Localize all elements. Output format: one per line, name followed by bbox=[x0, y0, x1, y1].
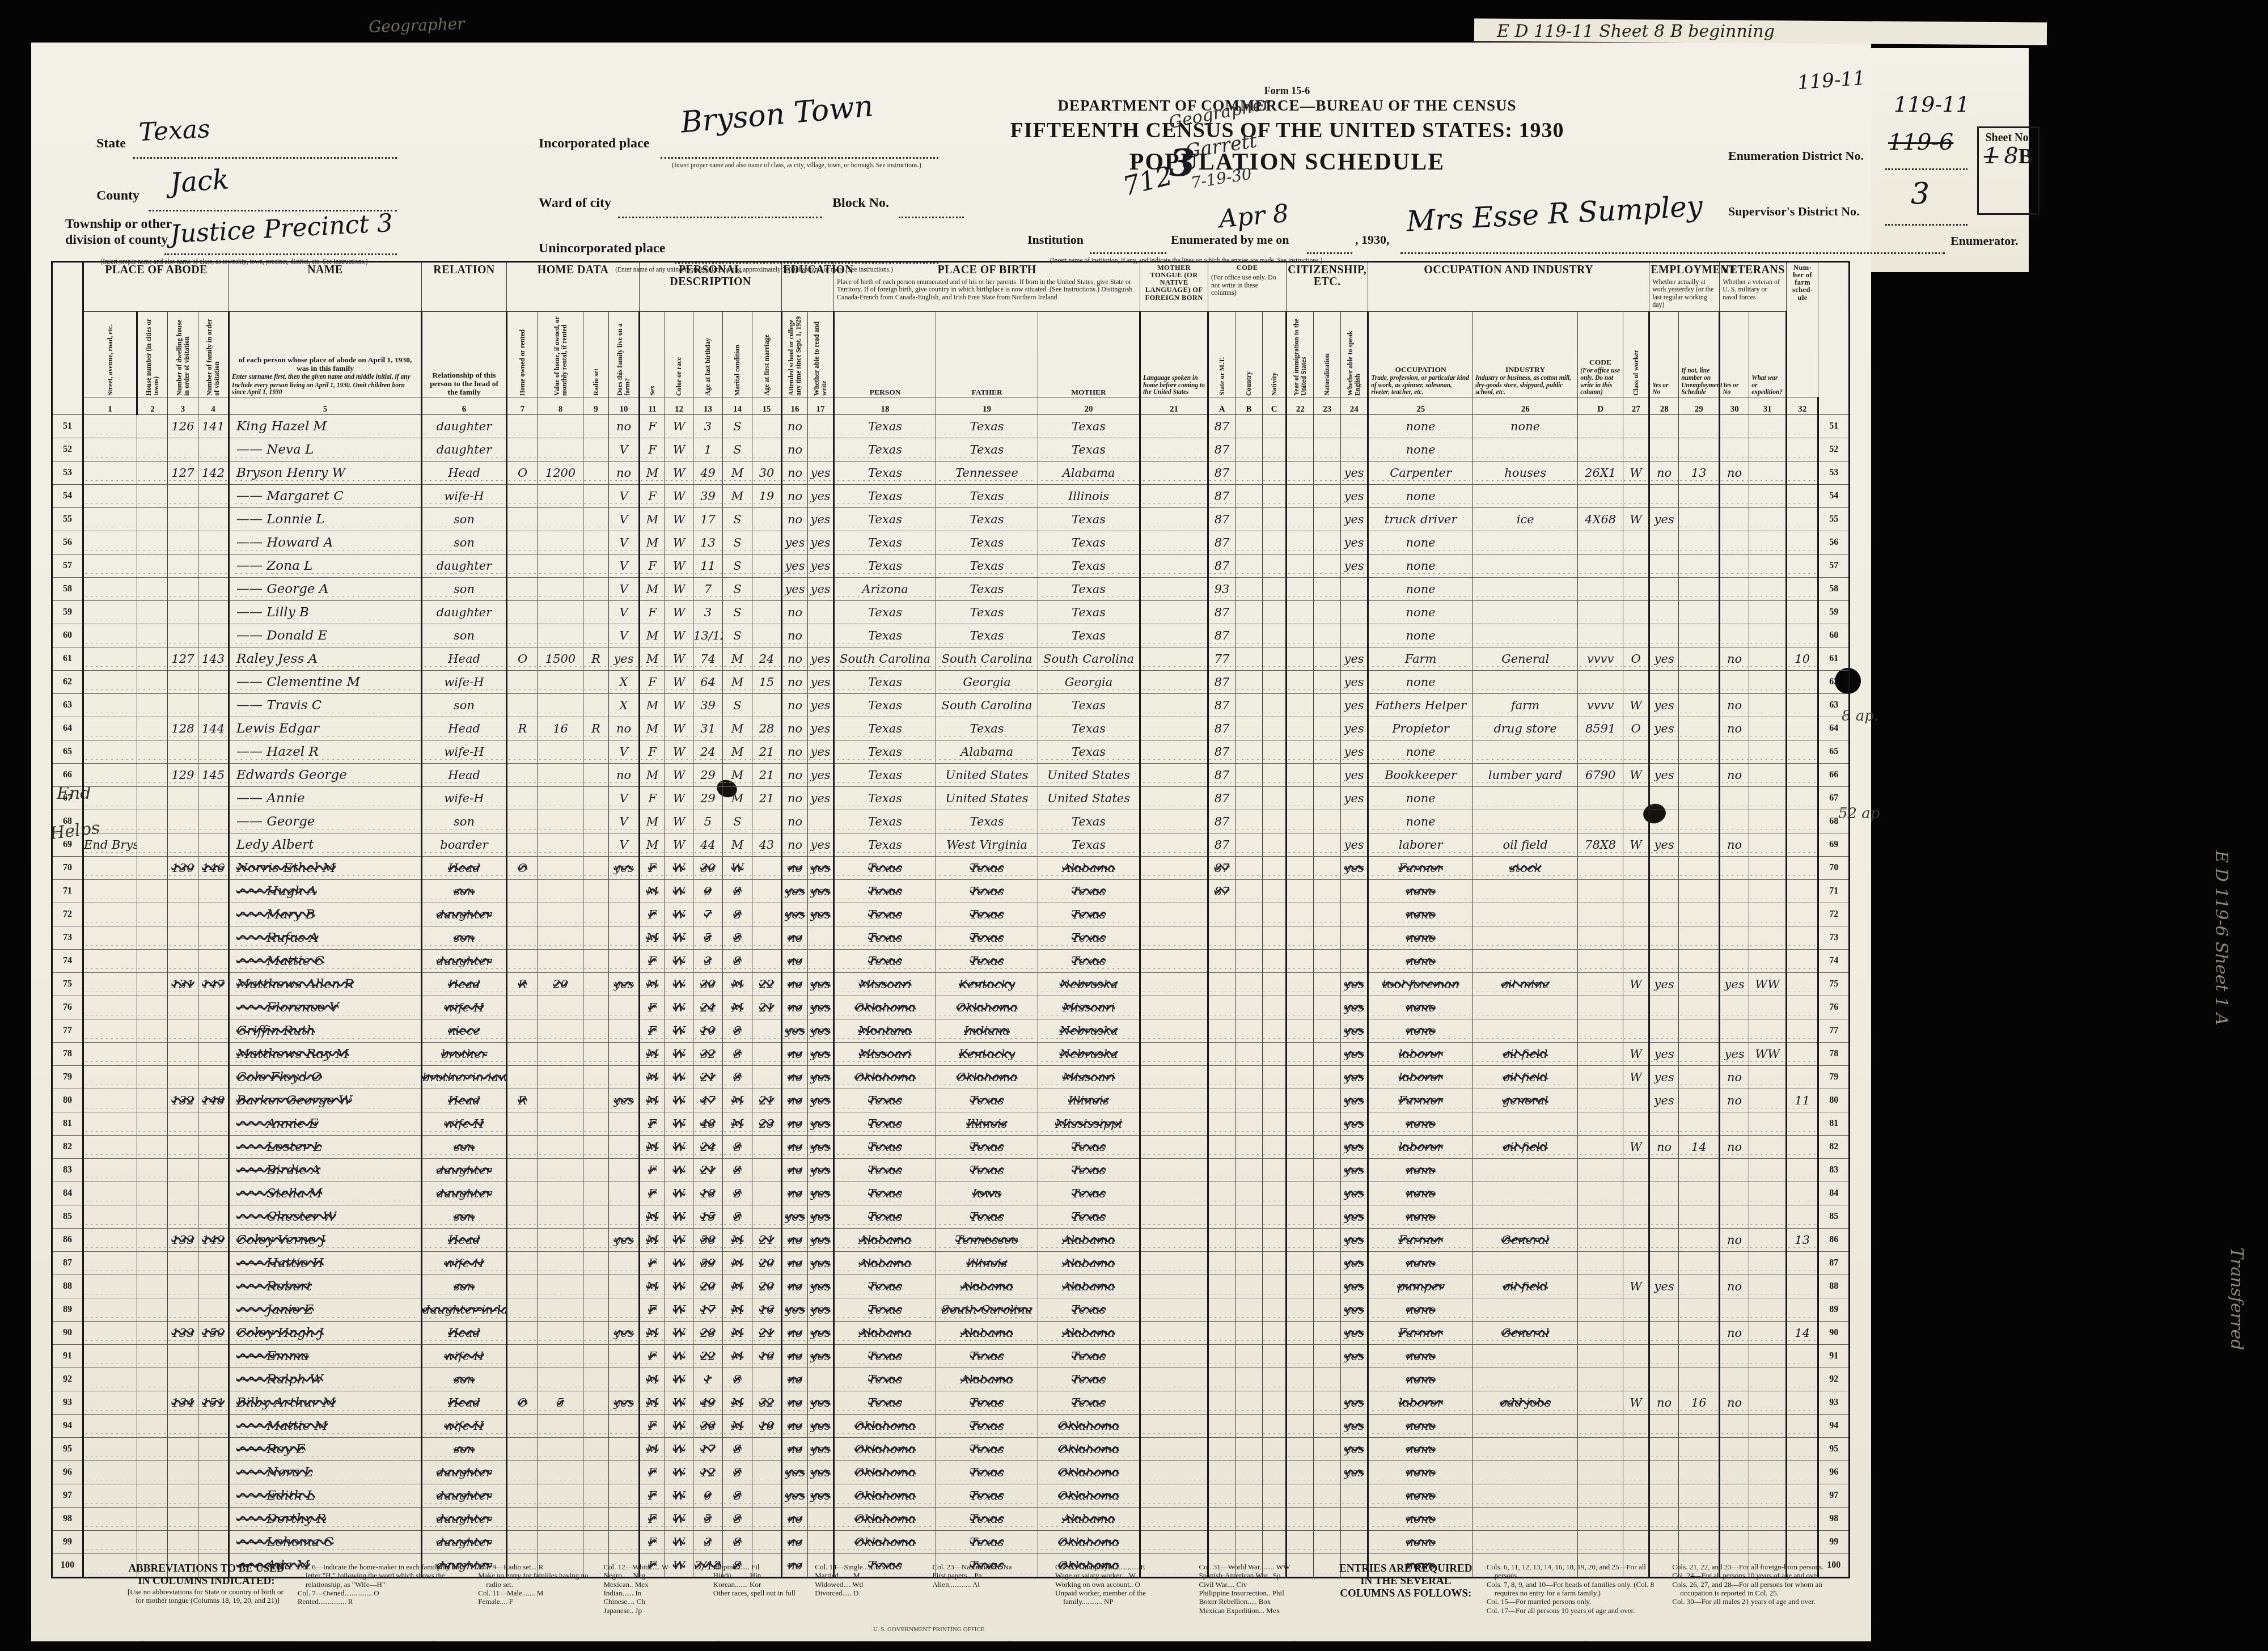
entry-cell bbox=[808, 438, 834, 462]
entry-cell: S bbox=[723, 1531, 752, 1554]
entry-cell: Texas bbox=[936, 508, 1038, 531]
entry-cell: —— Nora L bbox=[229, 1461, 422, 1484]
handwritten-entry: —— Dorthy R bbox=[236, 1512, 326, 1526]
handwritten-entry: WW bbox=[1755, 1047, 1780, 1061]
entry-cell bbox=[1314, 1345, 1341, 1368]
entry-cell: son bbox=[422, 1438, 507, 1461]
handwritten-entry: Texas bbox=[970, 1535, 1004, 1549]
entry-cell bbox=[1649, 1438, 1679, 1461]
entry-cell: Texas bbox=[936, 415, 1038, 438]
entry-cell: son bbox=[422, 810, 507, 833]
margin-note-ed-sheet: E D 119-11 Sheet 8 B beginning bbox=[1497, 22, 1775, 41]
entry-cell bbox=[198, 671, 229, 694]
entry-cell bbox=[1341, 950, 1368, 973]
entry-cell: none bbox=[1368, 601, 1473, 624]
handwritten-entry: none bbox=[1406, 443, 1436, 456]
handwritten-entry: 21 bbox=[759, 1001, 775, 1014]
entry-cell bbox=[1623, 787, 1649, 810]
footnote-line: Col. 31—World War........ WW bbox=[1199, 1563, 1325, 1571]
entry-cell bbox=[583, 787, 609, 810]
entry-cell bbox=[538, 996, 583, 1019]
entry-cell bbox=[1623, 740, 1649, 764]
entry-cell: —— Clementine M bbox=[229, 671, 422, 694]
entry-cell bbox=[83, 973, 137, 996]
entry-cell bbox=[1679, 1112, 1720, 1136]
handwritten-entry: yes bbox=[1344, 652, 1364, 666]
handwritten-entry: S bbox=[733, 582, 741, 596]
entry-cell: Texas bbox=[834, 833, 936, 857]
entry-cell: S bbox=[723, 1438, 752, 1461]
line-number: 66 bbox=[63, 770, 72, 780]
handwritten-entry: yes bbox=[1344, 1187, 1364, 1200]
entry-cell bbox=[1140, 1345, 1208, 1368]
entry-cell: M bbox=[640, 462, 665, 485]
entry-cell bbox=[507, 1415, 538, 1438]
entry-cell bbox=[1140, 1043, 1208, 1066]
entry-cell: W bbox=[665, 1205, 693, 1229]
table-row: 52—— Neva LdaughterVFW1SnoTexasTexasTexa… bbox=[52, 438, 1850, 462]
entry-cell bbox=[83, 1066, 137, 1089]
entry-cell bbox=[1287, 415, 1314, 438]
handwritten-entry: F bbox=[648, 1419, 657, 1433]
entry-cell bbox=[83, 1415, 137, 1438]
entry-cell bbox=[1787, 996, 1818, 1019]
handwritten-entry: R bbox=[518, 977, 527, 991]
footnote-line: Cols. 26, 27, and 28—For all persons for… bbox=[1672, 1580, 1846, 1598]
handwritten-entry: Texas bbox=[1072, 954, 1106, 968]
entry-cell: Bilby Arthur M bbox=[229, 1391, 422, 1415]
handwritten-entry: Alabama bbox=[859, 1326, 912, 1340]
ed-note-big: 119-11 bbox=[1797, 67, 1866, 94]
entry-cell bbox=[1679, 1368, 1720, 1391]
handwritten-entry: yes bbox=[1344, 791, 1364, 805]
handwritten-entry: Texas bbox=[868, 489, 902, 503]
entry-cell bbox=[1341, 810, 1368, 833]
table-row: 80132148Barker George WHeadRyesMW47M21no… bbox=[52, 1089, 1850, 1112]
entry-cell bbox=[1649, 1159, 1679, 1182]
entry-cell bbox=[1287, 1229, 1314, 1252]
entry-cell bbox=[137, 1182, 168, 1205]
column-number: 1 bbox=[83, 397, 137, 415]
entry-cell: 5 bbox=[693, 810, 723, 833]
handwritten-entry: Mississippi bbox=[1055, 1117, 1122, 1131]
entry-cell: W bbox=[665, 764, 693, 787]
entry-cell bbox=[1235, 601, 1263, 624]
handwritten-entry: yes bbox=[785, 1303, 805, 1316]
entry-cell: M bbox=[723, 1391, 752, 1415]
line-number-cell: 55 bbox=[52, 508, 83, 531]
entry-cell: —— Emma bbox=[229, 1345, 422, 1368]
entry-cell: 17 bbox=[693, 1298, 723, 1322]
footnote-line: Col. 24—For all persons 10 years of age … bbox=[1672, 1571, 1846, 1580]
handwritten-entry: Texas bbox=[1072, 815, 1106, 828]
entry-cell bbox=[1473, 578, 1578, 601]
line-number: 51 bbox=[63, 421, 72, 431]
entry-cell: W bbox=[665, 1484, 693, 1508]
entry-cell bbox=[1578, 1066, 1623, 1089]
entry-cell: Texas bbox=[1038, 694, 1140, 717]
line-number: 89 bbox=[1829, 1305, 1838, 1314]
entry-cell: none bbox=[1368, 880, 1473, 903]
entry-cell: W bbox=[665, 857, 693, 880]
entry-cell: yes bbox=[1341, 1112, 1368, 1136]
entry-cell bbox=[83, 578, 137, 601]
entry-cell bbox=[538, 1484, 583, 1508]
entry-cell bbox=[583, 973, 609, 996]
handwritten-entry: Bryson Henry W bbox=[236, 465, 345, 480]
footnote-line: Japanese.. Jp bbox=[603, 1606, 700, 1615]
entry-cell: none bbox=[1368, 438, 1473, 462]
entry-cell bbox=[1314, 1275, 1341, 1298]
column-number: 24 bbox=[1341, 397, 1368, 415]
entry-cell bbox=[1287, 857, 1314, 880]
line-number-cell: 87 bbox=[1818, 1252, 1850, 1275]
entry-cell: F bbox=[640, 438, 665, 462]
handwritten-entry: F bbox=[648, 1512, 657, 1526]
handwritten-entry: Texas bbox=[868, 1094, 902, 1107]
entry-cell bbox=[1263, 1508, 1287, 1531]
line-number: 98 bbox=[1829, 1514, 1838, 1523]
entry-cell bbox=[1235, 1531, 1263, 1554]
handwritten-entry: yes bbox=[1655, 513, 1674, 526]
entry-cell: son bbox=[422, 508, 507, 531]
entry-cell: Texas bbox=[936, 485, 1038, 508]
handwritten-entry: Texas bbox=[1072, 1349, 1106, 1363]
entry-cell: —— Roy E bbox=[229, 1438, 422, 1461]
entry-cell bbox=[507, 1484, 538, 1508]
handwritten-entry: —— Robert bbox=[236, 1279, 312, 1294]
handwritten-entry: ice bbox=[1517, 513, 1534, 526]
entry-cell bbox=[609, 950, 640, 973]
entry-cell: no bbox=[782, 1229, 808, 1252]
entry-cell bbox=[752, 1368, 782, 1391]
entry-cell bbox=[1720, 950, 1749, 973]
handwritten-entry: Oklahoma bbox=[854, 1512, 916, 1526]
table-row: 90133150Coley Hugh JHeadyesMW28M21noyesA… bbox=[52, 1322, 1850, 1345]
entry-cell: no bbox=[782, 671, 808, 694]
entry-cell bbox=[1140, 1275, 1208, 1298]
entry-cell bbox=[1720, 996, 1749, 1019]
footnote-title: ENTRIES ARE REQUIRED IN THE SEVERAL COLU… bbox=[1338, 1563, 1474, 1600]
entry-cell: 44 bbox=[693, 833, 723, 857]
handwritten-entry: yes bbox=[811, 1233, 831, 1247]
entry-cell: M bbox=[640, 578, 665, 601]
handwritten-entry: no bbox=[1727, 1094, 1742, 1107]
column-number: 21 bbox=[1140, 397, 1208, 415]
handwritten-entry: no bbox=[788, 1280, 802, 1293]
entry-cell: W bbox=[665, 578, 693, 601]
entry-cell bbox=[137, 1066, 168, 1089]
entry-cell: Texas bbox=[936, 1415, 1038, 1438]
entry-cell bbox=[198, 1066, 229, 1089]
handwritten-entry: W bbox=[673, 489, 686, 503]
handwritten-entry: F bbox=[648, 1303, 657, 1316]
entry-cell: Alabama bbox=[1038, 1508, 1140, 1531]
entry-cell: laborer bbox=[1368, 1136, 1473, 1159]
entry-cell: 20 bbox=[752, 1275, 782, 1298]
entry-cell: no bbox=[782, 950, 808, 973]
entry-cell bbox=[583, 508, 609, 531]
handwritten-entry: Carpenter bbox=[1390, 466, 1452, 480]
handwritten-entry: yes bbox=[1344, 1233, 1364, 1247]
handwritten-entry: wife-H bbox=[444, 1256, 484, 1270]
entry-cell: Tennessee bbox=[936, 1229, 1038, 1252]
entry-cell bbox=[1235, 810, 1263, 833]
entry-cell bbox=[583, 601, 609, 624]
handwritten-entry: W bbox=[673, 1117, 686, 1131]
entry-cell bbox=[1263, 1205, 1287, 1229]
entry-cell: yes bbox=[782, 903, 808, 926]
handwritten-entry: Farmer bbox=[1399, 1326, 1443, 1340]
entry-cell: Texas bbox=[834, 508, 936, 531]
entry-cell: M bbox=[723, 973, 752, 996]
footnote-block: ABBREVIATIONS TO BE USED IN COLUMNS INDI… bbox=[128, 1563, 285, 1605]
table-row: 56—— Howard AsonVMW13SyesyesTexasTexasTe… bbox=[52, 531, 1850, 554]
handwritten-entry: yes bbox=[811, 1024, 831, 1038]
state-value: Texas bbox=[138, 115, 211, 147]
entry-cell bbox=[198, 1112, 229, 1136]
handwritten-entry: M bbox=[731, 675, 744, 689]
entry-cell bbox=[1235, 1345, 1263, 1368]
handwritten-entry: —— Lester L bbox=[236, 1140, 321, 1154]
line-number-cell: 61 bbox=[1818, 647, 1850, 671]
entry-cell bbox=[137, 996, 168, 1019]
handwritten-entry: none bbox=[1406, 1117, 1436, 1131]
line-number-cell: 56 bbox=[1818, 531, 1850, 554]
handwritten-entry: wife-H bbox=[444, 675, 484, 689]
entry-cell: V bbox=[609, 508, 640, 531]
column-number: 25 bbox=[1368, 397, 1473, 415]
entry-cell: no bbox=[1720, 764, 1749, 787]
entry-cell bbox=[1679, 764, 1720, 787]
entry-cell bbox=[1287, 1066, 1314, 1089]
handwritten-entry: Farmer bbox=[1399, 861, 1443, 875]
entry-cell bbox=[83, 694, 137, 717]
line-number-cell: 59 bbox=[1818, 601, 1850, 624]
entry-cell: Texas bbox=[1038, 1159, 1140, 1182]
entry-cell bbox=[1287, 973, 1314, 996]
entry-cell: yes bbox=[808, 717, 834, 740]
entry-cell bbox=[1314, 1438, 1341, 1461]
entry-cell bbox=[538, 926, 583, 950]
handwritten-entry: no bbox=[788, 861, 802, 875]
handwritten-entry: —— Donald E bbox=[236, 628, 327, 643]
column-group-header: RELATION bbox=[422, 262, 507, 312]
handwritten-entry: Tennessee bbox=[955, 1233, 1018, 1247]
entry-cell bbox=[609, 903, 640, 926]
entry-cell bbox=[1208, 1019, 1235, 1043]
handwritten-entry: 144 bbox=[202, 722, 225, 735]
entry-cell: —— Florence V bbox=[229, 996, 422, 1019]
entry-cell: Oklahoma bbox=[834, 1508, 936, 1531]
handwritten-entry: none bbox=[1406, 791, 1436, 805]
entry-cell bbox=[507, 996, 538, 1019]
entry-cell: 87 bbox=[1208, 531, 1235, 554]
handwritten-entry: no bbox=[788, 606, 802, 619]
block-label: Block No. bbox=[832, 196, 889, 211]
entry-cell: 87 bbox=[1208, 787, 1235, 810]
entry-cell bbox=[1720, 438, 1749, 462]
entry-cell: 87 bbox=[1208, 624, 1235, 647]
entry-cell: no bbox=[609, 764, 640, 787]
column-number: 13 bbox=[693, 397, 723, 415]
line-number-cell: 53 bbox=[52, 462, 83, 485]
handwritten-entry: yes bbox=[1655, 977, 1674, 991]
entry-cell bbox=[1263, 1531, 1287, 1554]
entry-cell bbox=[1314, 1205, 1341, 1229]
entry-cell bbox=[1341, 601, 1368, 624]
entry-cell bbox=[1263, 1415, 1287, 1438]
entry-cell bbox=[583, 926, 609, 950]
entry-cell: R bbox=[507, 1089, 538, 1112]
column-header: Home owned or rented bbox=[507, 312, 538, 397]
handwritten-entry: S bbox=[733, 1047, 741, 1061]
line-number: 80 bbox=[1829, 1095, 1838, 1105]
entry-cell bbox=[1578, 1508, 1623, 1531]
entry-cell: W bbox=[665, 740, 693, 764]
table-row: 74—— Mattie CdaughterFW3SnoTexasTexasTex… bbox=[52, 950, 1850, 973]
entry-cell bbox=[752, 810, 782, 833]
handwritten-entry: M bbox=[646, 931, 659, 945]
entry-cell bbox=[83, 717, 137, 740]
handwritten-entry: United States bbox=[946, 768, 1029, 782]
entry-cell bbox=[1208, 1112, 1235, 1136]
handwritten-entry: none bbox=[1406, 1373, 1436, 1386]
line-number-cell: 66 bbox=[1818, 764, 1850, 787]
entry-cell bbox=[137, 1205, 168, 1229]
entry-cell bbox=[583, 1508, 609, 1531]
handwritten-entry: S bbox=[733, 954, 741, 968]
handwritten-entry: 59 bbox=[700, 1256, 716, 1270]
entry-cell: 14 bbox=[1787, 1322, 1818, 1345]
sd-value: 3 bbox=[1911, 177, 1930, 211]
entry-cell bbox=[752, 624, 782, 647]
entry-cell bbox=[168, 810, 198, 833]
entry-cell: yes bbox=[1341, 1205, 1368, 1229]
footnote-block: Col. 31—World War........ WWSpanish-Amer… bbox=[1199, 1563, 1325, 1615]
handwritten-entry: 147 bbox=[202, 977, 225, 991]
footnote-line: Mexican Expedition... Mex bbox=[1199, 1606, 1325, 1615]
footnote-line: Col. 12—White..... W bbox=[603, 1563, 700, 1571]
handwritten-entry: W bbox=[1630, 1280, 1642, 1293]
column-header: Country bbox=[1235, 312, 1263, 397]
entry-cell bbox=[1473, 740, 1578, 764]
entry-cell: 3 bbox=[693, 950, 723, 973]
entry-cell: 24 bbox=[752, 647, 782, 671]
entry-cell: W bbox=[665, 624, 693, 647]
footnote-block: Col. 9—Radio set... RMake no entry for f… bbox=[478, 1563, 591, 1606]
entry-cell bbox=[83, 1136, 137, 1159]
entry-cell: F bbox=[640, 1252, 665, 1275]
entry-cell bbox=[583, 1019, 609, 1043]
entry-cell bbox=[168, 1531, 198, 1554]
handwritten-entry: yes bbox=[811, 1001, 831, 1014]
entry-cell bbox=[1679, 1182, 1720, 1205]
entry-cell: daughter bbox=[422, 415, 507, 438]
entry-cell: yes bbox=[1649, 764, 1679, 787]
entry-cell: M bbox=[723, 647, 752, 671]
handwritten-entry: daughter bbox=[437, 606, 492, 619]
entry-cell: —— Margaret C bbox=[229, 485, 422, 508]
entry-cell: Head bbox=[422, 1229, 507, 1252]
handwritten-entry: yes bbox=[811, 791, 831, 805]
line-number-cell: 58 bbox=[52, 578, 83, 601]
entry-cell bbox=[1578, 880, 1623, 903]
entry-cell: 59 bbox=[693, 1252, 723, 1275]
entry-cell: yes bbox=[808, 787, 834, 810]
entry-cell bbox=[1787, 508, 1818, 531]
handwritten-entry: yes bbox=[1344, 1140, 1364, 1154]
entry-cell: yes bbox=[808, 903, 834, 926]
entry-cell bbox=[1314, 1019, 1341, 1043]
entry-cell bbox=[1623, 1229, 1649, 1252]
handwritten-entry: V bbox=[619, 536, 628, 549]
entry-cell bbox=[198, 950, 229, 973]
entry-cell: South Carolina bbox=[936, 647, 1038, 671]
entry-cell: Coley Verne J bbox=[229, 1229, 422, 1252]
handwritten-entry: M bbox=[731, 1396, 744, 1409]
entry-cell bbox=[1314, 1182, 1341, 1205]
line-number-cell: 77 bbox=[1818, 1019, 1850, 1043]
entry-cell: 87 bbox=[1208, 554, 1235, 578]
entry-cell: 149 bbox=[198, 1229, 229, 1252]
entry-cell bbox=[83, 671, 137, 694]
entry-cell: —— Lonnie L bbox=[229, 508, 422, 531]
handwritten-entry: farm bbox=[1511, 698, 1539, 712]
footnote-line: Mexican.. Mex bbox=[603, 1580, 700, 1589]
handwritten-entry: F bbox=[648, 1466, 657, 1479]
entry-cell: yes bbox=[1341, 1066, 1368, 1089]
entry-cell bbox=[583, 485, 609, 508]
entry-cell: Texas bbox=[834, 415, 936, 438]
entry-cell: WW bbox=[1749, 1043, 1787, 1066]
handwritten-entry: oil field bbox=[1503, 838, 1547, 852]
handwritten-entry: M bbox=[646, 1140, 659, 1154]
handwritten-entry: laborer bbox=[1399, 1396, 1443, 1409]
line-number: 51 bbox=[1829, 421, 1838, 431]
entry-cell bbox=[168, 1415, 198, 1438]
entry-cell: niece bbox=[422, 1019, 507, 1043]
entry-cell: Farmer bbox=[1368, 1089, 1473, 1112]
entry-cell bbox=[83, 1345, 137, 1368]
handwritten-entry: Illinois bbox=[967, 1256, 1008, 1270]
entry-cell: Georgia bbox=[1038, 671, 1140, 694]
entry-cell bbox=[1235, 1275, 1263, 1298]
handwritten-entry: M bbox=[646, 1442, 659, 1456]
entry-cell bbox=[168, 740, 198, 764]
entry-cell bbox=[1679, 1019, 1720, 1043]
handwritten-entry: S bbox=[733, 513, 741, 526]
entry-cell: 133 bbox=[168, 1322, 198, 1345]
column-group-header bbox=[52, 262, 83, 415]
entry-cell: none bbox=[1368, 1438, 1473, 1461]
entry-cell bbox=[1787, 1415, 1818, 1438]
handwritten-entry: M bbox=[646, 1047, 659, 1061]
entry-cell bbox=[808, 415, 834, 438]
entry-cell bbox=[1787, 1484, 1818, 1508]
entry-cell: Texas bbox=[936, 717, 1038, 740]
handwritten-entry: W bbox=[673, 536, 686, 549]
line-number-cell: 70 bbox=[52, 857, 83, 880]
entry-cell bbox=[1787, 717, 1818, 740]
column-number: 18 bbox=[834, 397, 936, 415]
entry-cell: V bbox=[609, 601, 640, 624]
entry-cell: no bbox=[782, 996, 808, 1019]
footnote-line: Negro..... Neg bbox=[603, 1571, 700, 1580]
line-number-cell: 83 bbox=[52, 1159, 83, 1182]
entry-cell: no bbox=[782, 1043, 808, 1066]
entry-cell bbox=[1787, 880, 1818, 903]
